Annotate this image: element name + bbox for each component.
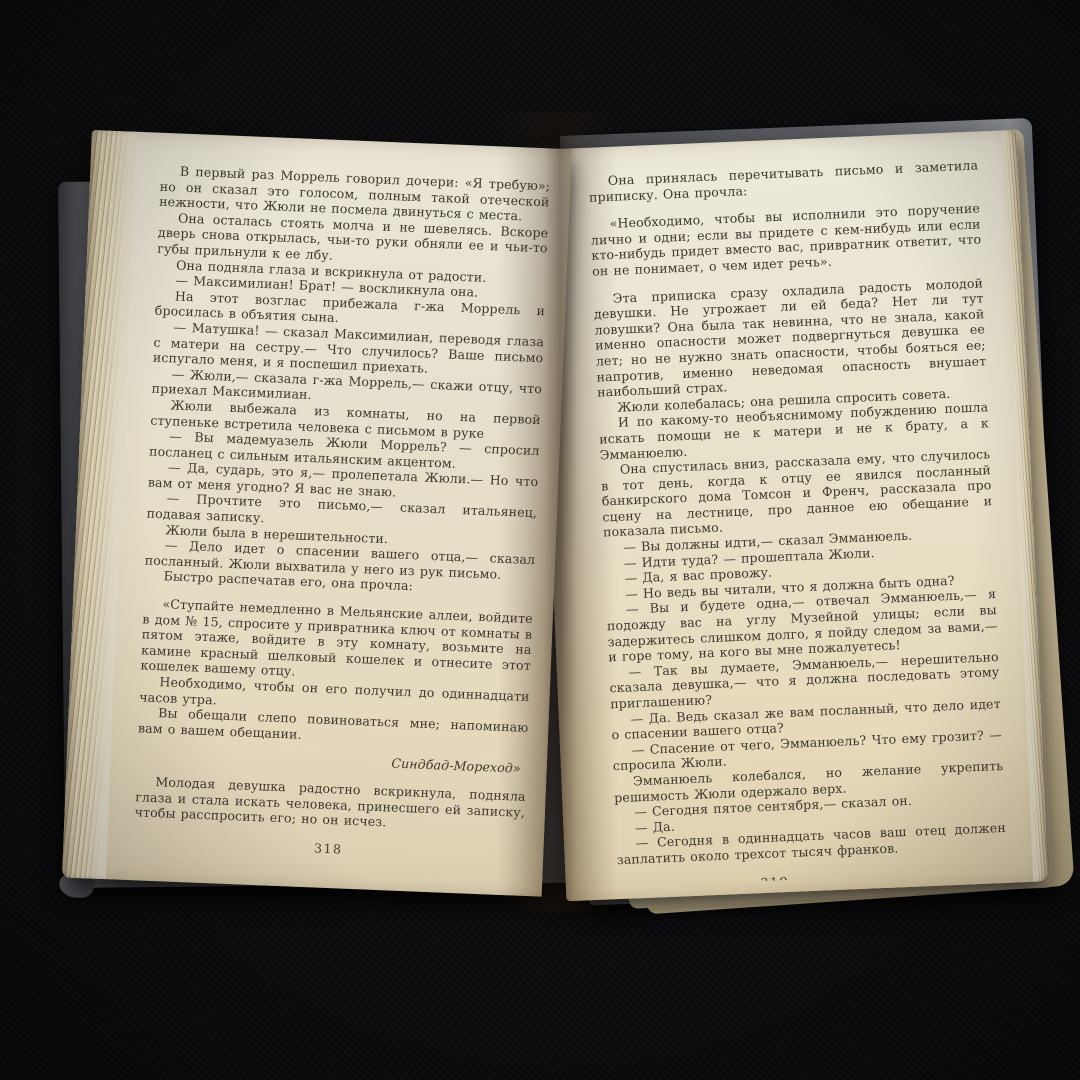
book-photo-scene: В первый раз Моррель говорил дочери: «Я … — [0, 0, 1080, 1080]
open-book: В первый раз Моррель говорил дочери: «Я … — [0, 0, 1080, 1080]
book-paragraph: «Необходимо, чтобы вы исполнили это пору… — [590, 201, 982, 280]
book-paragraph: Она принялась перечитывать письмо и заме… — [588, 157, 979, 204]
left-page-text: В первый раз Моррель говорил дочери: «Я … — [133, 163, 551, 880]
book-paragraph: Синдбад-Мореход» — [137, 746, 527, 777]
page-number-left: 318 — [133, 833, 523, 864]
right-page-text: Она принялась перечитывать письмо и заме… — [588, 157, 1008, 887]
book-paragraph: Эта приписка сразу охладила радость моло… — [593, 275, 987, 400]
left-page: В первый раз Моррель говорил дочери: «Я … — [62, 130, 572, 897]
page-number-right: 319 — [618, 868, 932, 888]
left-page-paragraphs: В первый раз Моррель говорил дочери: «Я … — [134, 163, 550, 836]
right-page: Она принялась перечитывать письмо и заме… — [535, 130, 1048, 902]
right-page-paragraphs: Она принялась перечитывать письмо и заме… — [588, 157, 1007, 867]
book-paragraph: Молодая девушка радостно вскрикнула, под… — [134, 773, 526, 835]
